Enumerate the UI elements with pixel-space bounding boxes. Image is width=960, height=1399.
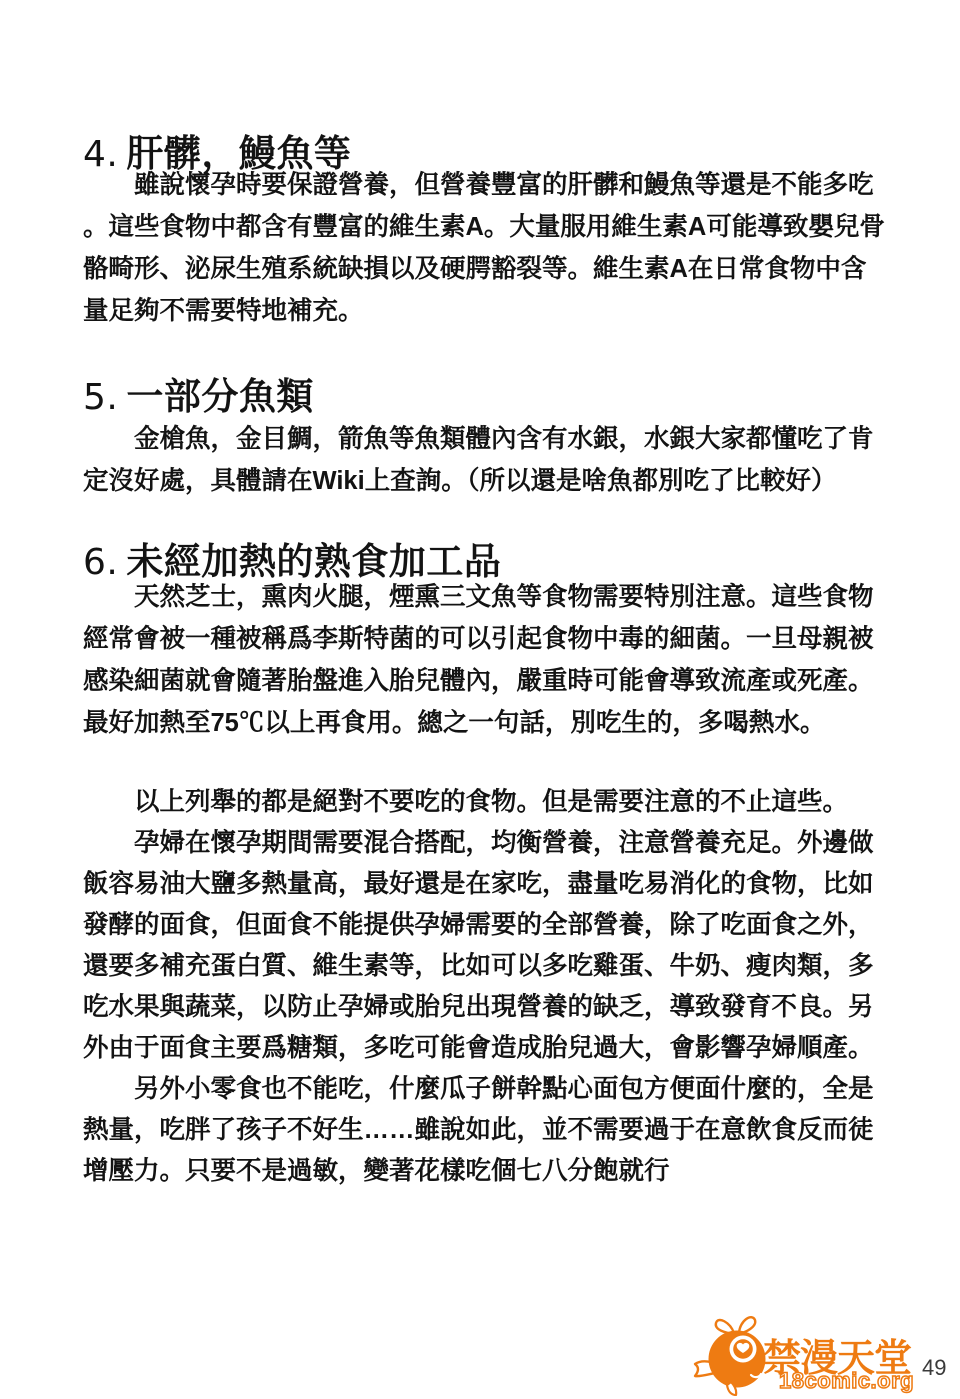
text-line: 。這些食物中都含有豐富的維生素A。大量服用維生素A可能導致嬰兒骨 <box>83 206 903 248</box>
text-line: 骼畸形、泌尿生殖系統缺損以及硬腭豁裂等。維生素A在日常食物中含 <box>83 248 903 290</box>
text-line: 雖說懷孕時要保證營養，但營養豐富的肝髒和鰻魚等還是不能多吃 <box>83 164 903 206</box>
text-line: 孕婦在懷孕期間需要混合搭配，均衡營養，注意營養充足。外邊做 <box>83 823 903 864</box>
text-line: 天然芝士，熏肉火腿，煙熏三文魚等食物需要特別注意。這些食物 <box>83 576 903 618</box>
text-line: 經常會被一種被稱爲李斯特菌的可以引起食物中毒的細菌。一旦母親被 <box>83 618 903 660</box>
text-line: 量足夠不需要特地補充。 <box>83 290 903 332</box>
closing-paragraphs: 以上列舉的都是絕對不要吃的食物。但是需要注意的不止這些。 孕婦在懷孕期間需要混合… <box>83 782 903 1192</box>
text-line: 發酵的面食，但面食不能提供孕婦需要的全部營養，除了吃面食之外， <box>83 905 903 946</box>
text-line: 增壓力。只要不是過敏，變著花樣吃個七八分飽就行 <box>83 1151 903 1192</box>
section-5-heading: 5.一部分魚類 <box>83 377 314 418</box>
text-line: 最好加熱至75℃以上再食用。總之一句話，別吃生的，多喝熱水。 <box>83 702 903 744</box>
text-line: 還要多補充蛋白質、維生素等，比如可以多吃雞蛋、牛奶、瘦肉類，多 <box>83 946 903 987</box>
text-line: 飯容易油大鹽多熱量高，最好還是在家吃，盡量吃易消化的食物，比如 <box>83 864 903 905</box>
section-5-title: 一部分魚類 <box>126 376 314 417</box>
whale-heart-mascot-icon <box>693 1310 785 1398</box>
text-line: 另外小零食也不能吃，什麼瓜子餅幹點心面包方便面什麼的，全是 <box>83 1069 903 1110</box>
text-line: 定沒好處，具體請在Wiki上查詢。（所以還是啥魚都別吃了比較好） <box>83 460 903 502</box>
section-5-body: 金槍魚，金目鯛，箭魚等魚類體內含有水銀，水銀大家都懂吃了肯定沒好處，具體請在Wi… <box>83 418 903 502</box>
document-page: 4.肝髒，鰻魚等 雖說懷孕時要保證營養，但營養豐富的肝髒和鰻魚等還是不能多吃。這… <box>0 0 960 1399</box>
text-line: 熱量，吃胖了孩子不好生……雖說如此，並不需要過于在意飲食反而徒 <box>83 1110 903 1151</box>
site-name: 禁漫天堂 <box>763 1327 911 1382</box>
text-line: 外由于面食主要爲糖類，多吃可能會造成胎兒過大，會影響孕婦順產。 <box>83 1028 903 1069</box>
site-url: 18comic.org <box>779 1368 914 1394</box>
text-line: 感染細菌就會隨著胎盤進入胎兒體內，嚴重時可能會導致流產或死產。 <box>83 660 903 702</box>
text-line: 以上列舉的都是絕對不要吃的食物。但是需要注意的不止這些。 <box>83 782 903 823</box>
section-5-number: 5. <box>83 377 118 418</box>
section-6-body: 天然芝士，熏肉火腿，煙熏三文魚等食物需要特別注意。這些食物經常會被一種被稱爲李斯… <box>83 576 903 744</box>
section-4-body: 雖說懷孕時要保證營養，但營養豐富的肝髒和鰻魚等還是不能多吃。這些食物中都含有豐富… <box>83 164 903 332</box>
text-line: 金槍魚，金目鯛，箭魚等魚類體內含有水銀，水銀大家都懂吃了肯 <box>83 418 903 460</box>
page-number: 49 <box>922 1355 946 1381</box>
text-line: 吃水果與蔬菜，以防止孕婦或胎兒出現營養的缺乏，導致發育不良。另 <box>83 987 903 1028</box>
